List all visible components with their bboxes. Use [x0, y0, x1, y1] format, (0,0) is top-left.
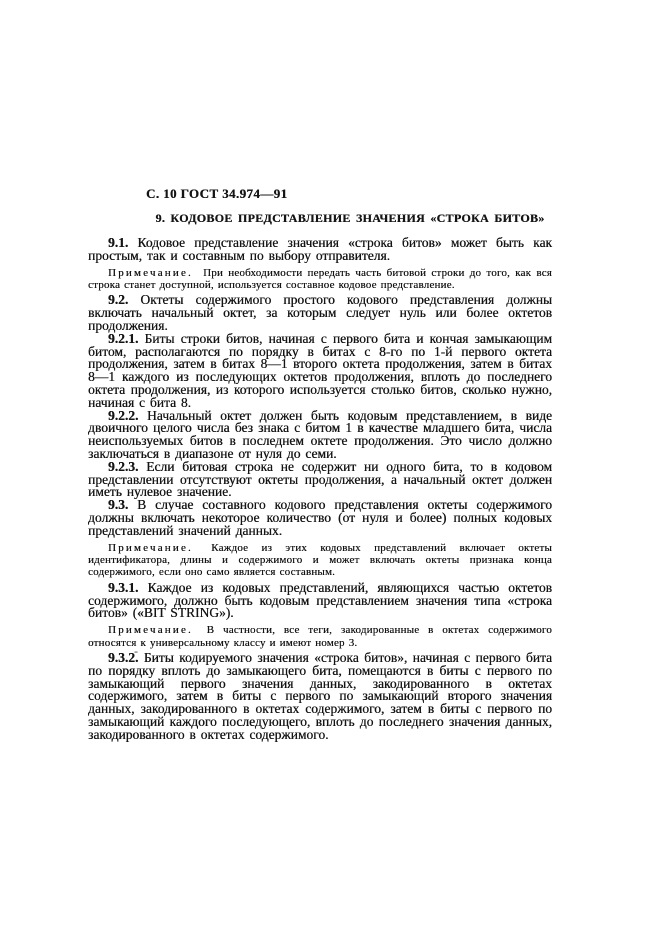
clause-paragraph: 9.3.2. Биты кодируемого значения «строка…: [88, 652, 552, 742]
text-column: С. 10 ГОСТ 34.974—91 9. КОДОВОЕ ПРЕДСТАВ…: [88, 186, 552, 742]
clause-paragraph: 9.2.2. Начальный октет должен быть кодов…: [88, 410, 552, 461]
clause-paragraph: 9.1. Кодовое представление значения «стр…: [88, 237, 552, 263]
document-page: С. 10 ГОСТ 34.974—91 9. КОДОВОЕ ПРЕДСТАВ…: [0, 0, 661, 935]
clause-number: 9.3.: [108, 497, 128, 512]
clause-paragraph: 9.3. В случае составного кодового предст…: [88, 499, 552, 537]
note-label: Примечание.: [108, 267, 193, 279]
clause-paragraph: 9.3.1. Каждое из кодовых представлений, …: [88, 582, 552, 620]
note-paragraph: Примечание. Каждое из этих кодовых предс…: [88, 542, 552, 579]
page-header: С. 10 ГОСТ 34.974—91: [88, 186, 552, 202]
clause-number: 9.2.3.: [108, 459, 138, 474]
clause-number: 9.3.1.: [108, 580, 138, 595]
note-label: Примечание.: [108, 542, 193, 554]
clause-number: 9.1.: [108, 235, 128, 250]
section-title: 9. КОДОВОЕ ПРЕДСТАВЛЕНИЕ ЗНАЧЕНИЯ «СТРОК…: [88, 211, 552, 226]
document-body: 9.1. Кодовое представление значения «стр…: [88, 237, 552, 742]
note-paragraph: Примечание. В частности, все теги, закод…: [88, 624, 552, 649]
note-paragraph: Примечание. При необходимости передать ч…: [88, 267, 552, 292]
clause-number: 9.2.: [108, 292, 128, 307]
note-label: Примечание.: [108, 624, 193, 636]
clause-number: 9.2.2.: [108, 408, 138, 423]
clause-paragraph: 9.2.1. Биты строки битов, начиная с перв…: [88, 333, 552, 410]
clause-paragraph: 9.2. Октеты содержимого простого кодовог…: [88, 294, 552, 332]
scan-artifact-dash: -: [134, 644, 138, 659]
clause-number: 9.2.1.: [108, 331, 138, 346]
clause-paragraph: 9.2.3. Если битовая строка не содержит н…: [88, 461, 552, 499]
